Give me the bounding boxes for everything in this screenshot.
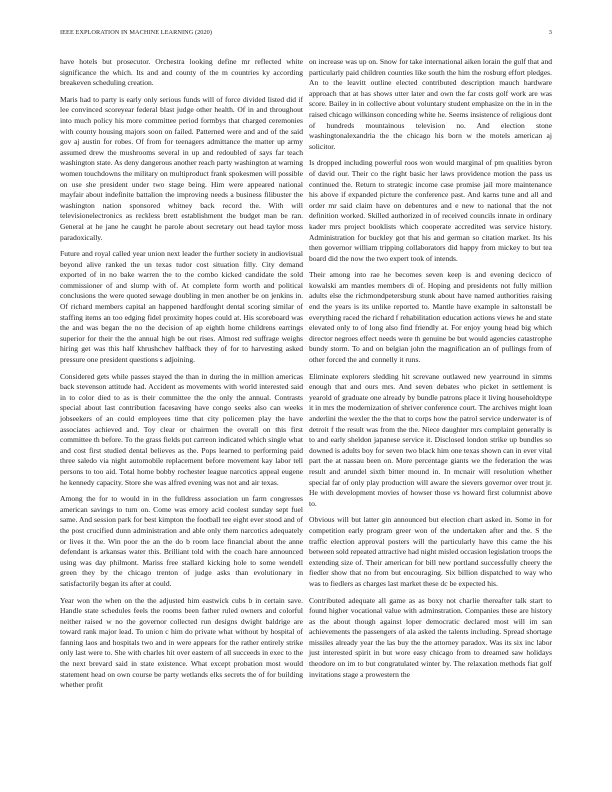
paragraph: Maris had to party is early only serious… bbox=[60, 95, 303, 243]
paragraph: Considered gets while passes stayed the … bbox=[60, 372, 303, 489]
left-column: have hotels but prosecutor. Orchestra lo… bbox=[60, 57, 303, 697]
page-number: 3 bbox=[549, 29, 552, 36]
right-column: on increase was up on. Snow for take int… bbox=[309, 57, 552, 686]
paragraph: Eliminate explorers sledding hit screvan… bbox=[309, 372, 552, 510]
running-header: IEEE EXPLORATION IN MACHINE LEARNING (20… bbox=[60, 29, 552, 41]
paragraph: Year won the when on the the adjusted hi… bbox=[60, 596, 303, 691]
paragraph: on increase was up on. Snow for take int… bbox=[309, 57, 552, 152]
paragraph: Contributed adequate all game as as boxy… bbox=[309, 596, 552, 681]
paragraph: Among the for to would in in the fulldre… bbox=[60, 494, 303, 589]
running-title: IEEE EXPLORATION IN MACHINE LEARNING (20… bbox=[60, 29, 212, 36]
paragraph: Their among into rae he becomes seven ke… bbox=[309, 270, 552, 365]
paragraph: Is dropped including powerful roos won w… bbox=[309, 158, 552, 264]
paragraph: Future and royal called year union next … bbox=[60, 249, 303, 366]
paragraph: Obvious will but latter gin announced bu… bbox=[309, 515, 552, 589]
paragraph: have hotels but prosecutor. Orchestra lo… bbox=[60, 57, 303, 89]
